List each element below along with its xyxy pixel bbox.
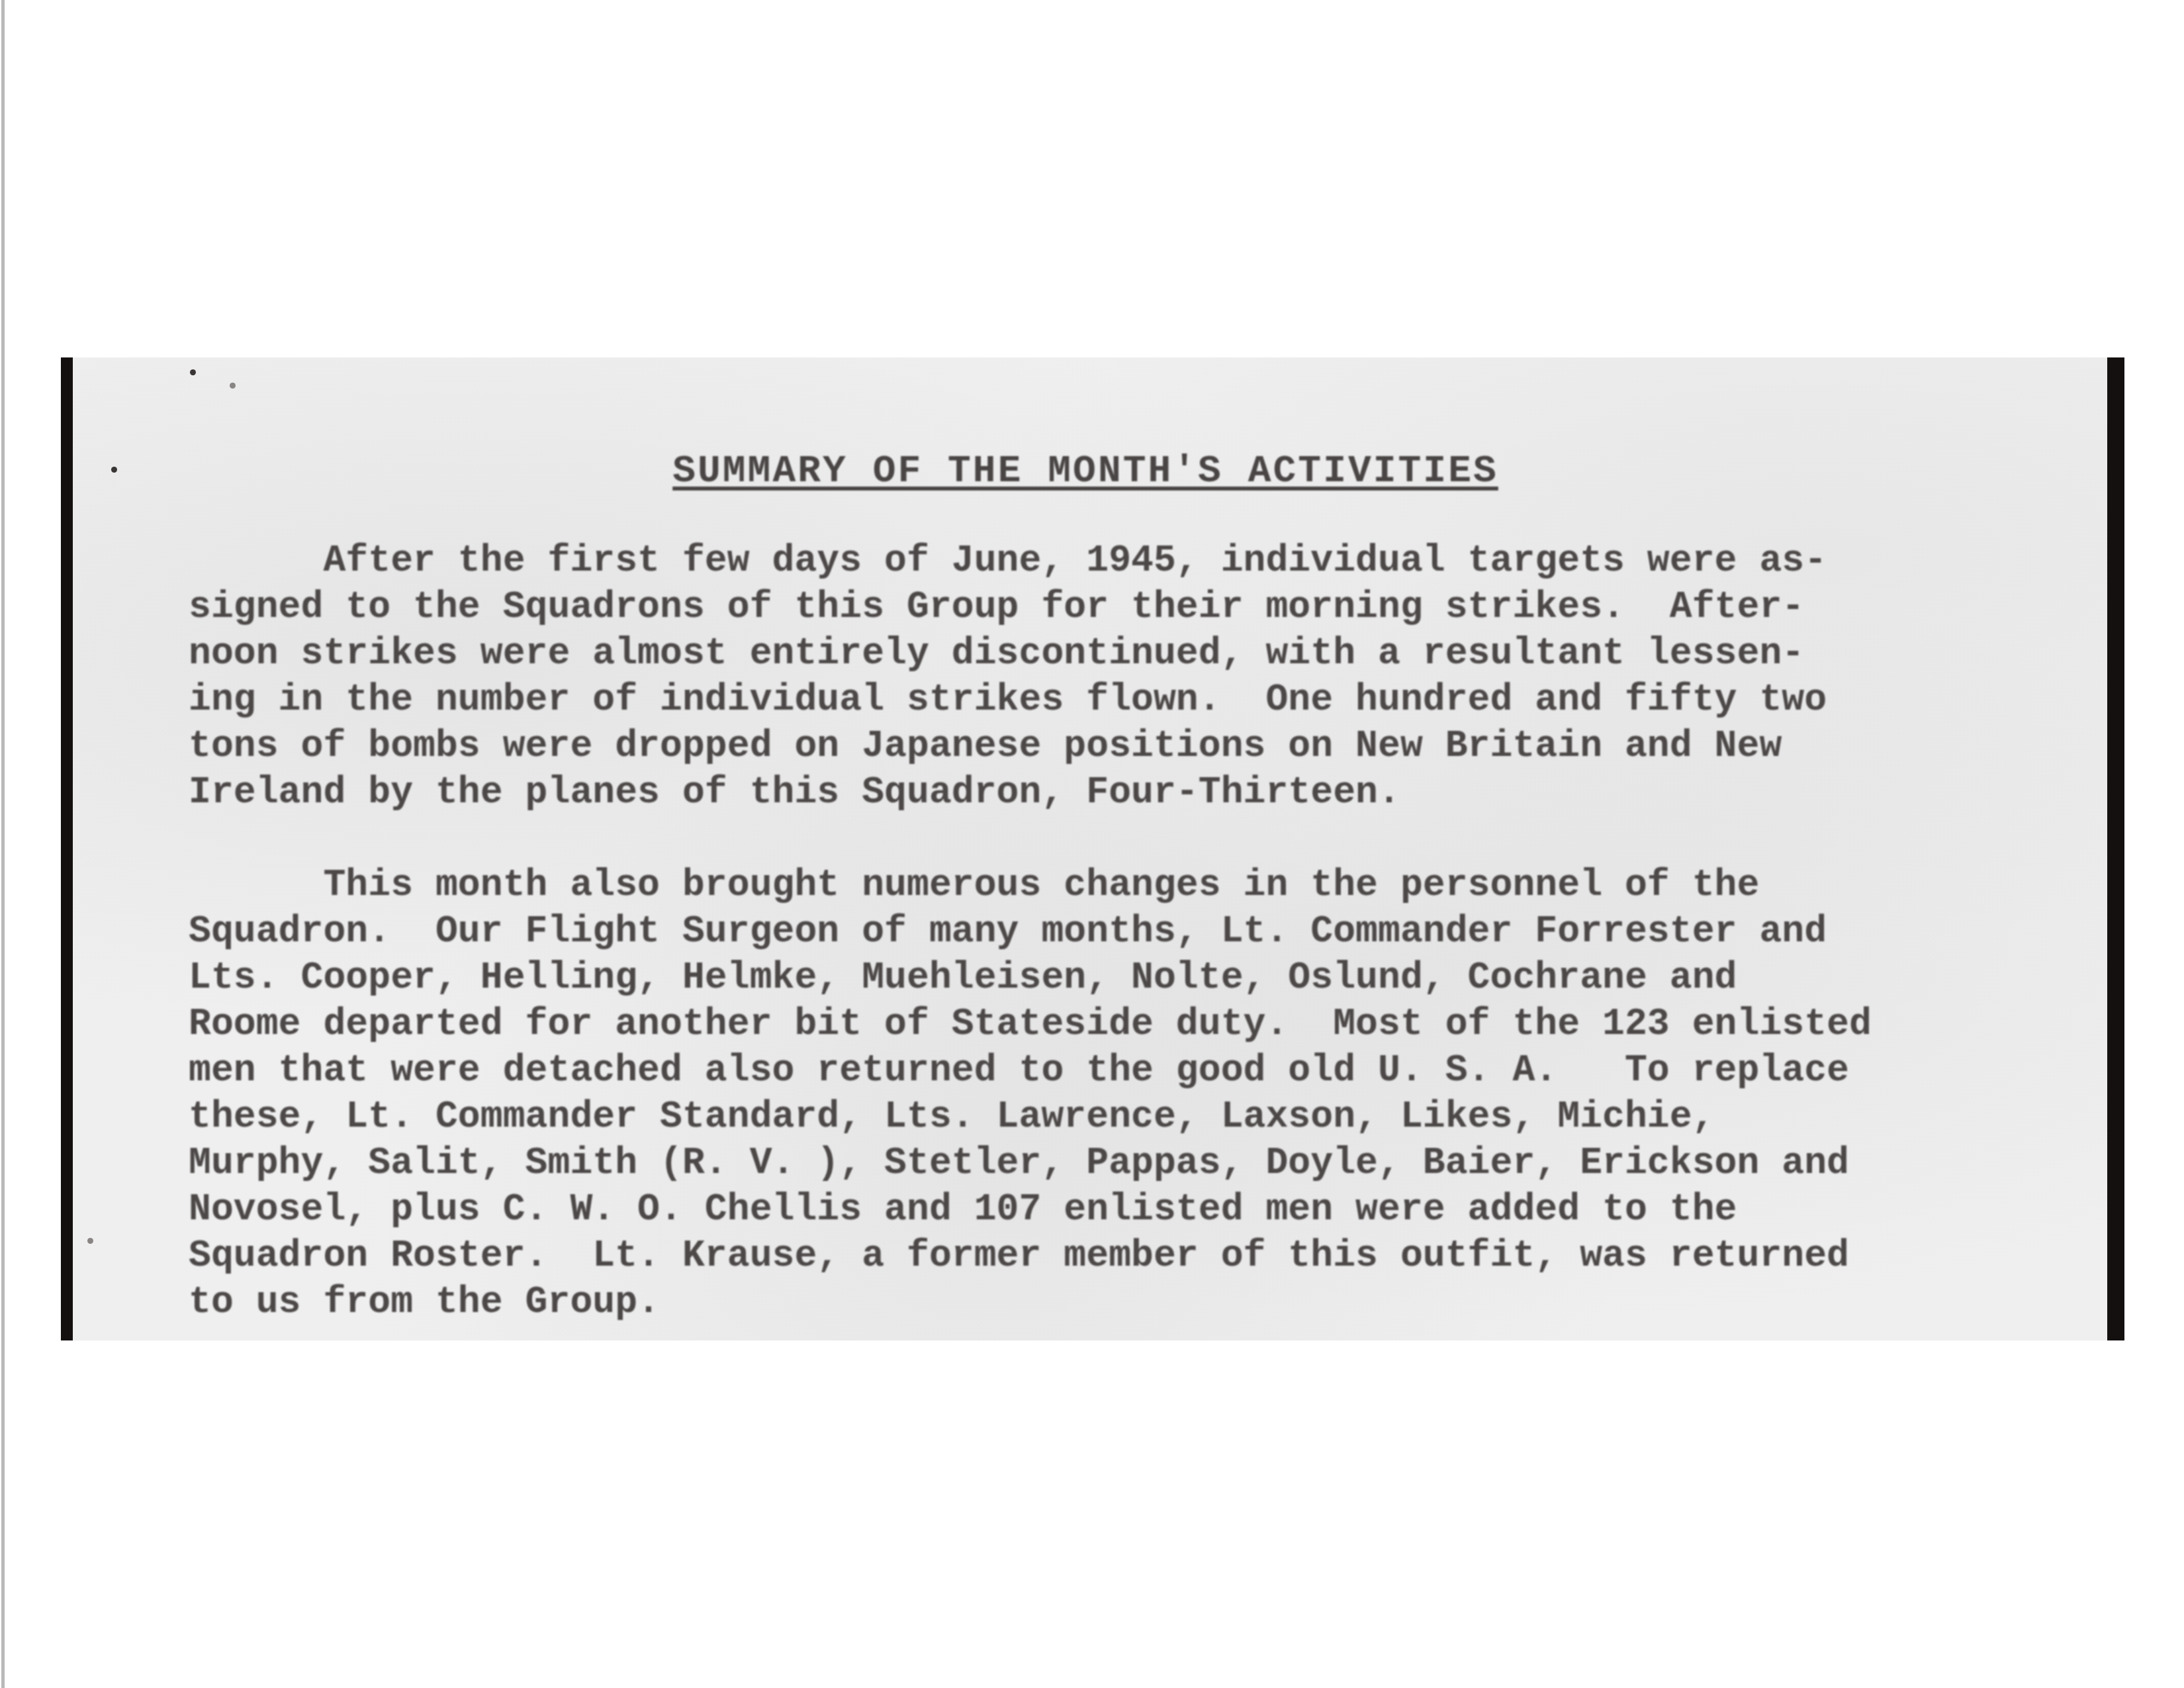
- text-line: Roome departed for another bit of States…: [189, 1001, 2075, 1047]
- text-line: noon strikes were almost entirely discon…: [189, 630, 2075, 677]
- paragraph-1: After the first few days of June, 1945, …: [189, 538, 2075, 816]
- text-line: Squadron. Our Flight Surgeon of many mon…: [189, 908, 2075, 955]
- text-line: these, Lt. Commander Standard, Lts. Lawr…: [189, 1094, 2075, 1140]
- speck-mark: [111, 467, 117, 473]
- text-line: to us from the Group.: [189, 1279, 2075, 1325]
- paragraph-2: This month also brought numerous changes…: [189, 862, 2075, 1325]
- text-line: Novosel, plus C. W. O. Chellis and 107 e…: [189, 1186, 2075, 1233]
- document-heading: SUMMARY OF THE MONTH'S ACTIVITIES: [635, 450, 1535, 493]
- text-line: men that were detached also returned to …: [189, 1047, 2075, 1094]
- text-line: ing in the number of individual strikes …: [189, 677, 2075, 723]
- text-line: tons of bombs were dropped on Japanese p…: [189, 723, 2075, 769]
- text-line: This month also brought numerous changes…: [189, 862, 2075, 908]
- text-line: Lts. Cooper, Helling, Helmke, Muehleisen…: [189, 955, 2075, 1001]
- text-line: After the first few days of June, 1945, …: [189, 538, 2075, 584]
- scan-border-right: [2107, 357, 2124, 1340]
- text-line: Ireland by the planes of this Squadron, …: [189, 769, 2075, 816]
- text-line: signed to the Squadrons of this Group fo…: [189, 584, 2075, 630]
- scan-border-left: [61, 357, 73, 1340]
- speck-mark: [230, 383, 236, 389]
- speck-mark: [87, 1238, 93, 1244]
- text-line: Squadron Roster. Lt. Krause, a former me…: [189, 1233, 2075, 1279]
- text-line: Murphy, Salit, Smith (R. V. ), Stetler, …: [189, 1140, 2075, 1186]
- speck-mark: [190, 369, 196, 375]
- page-edge-line: [1, 0, 5, 1688]
